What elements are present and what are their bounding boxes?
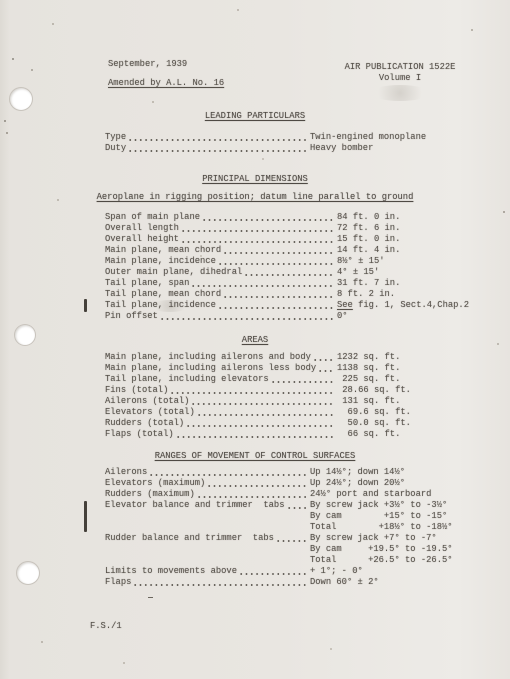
row-label: Main plane, including ailerons and body bbox=[105, 352, 311, 363]
volume-label: Volume I bbox=[320, 73, 480, 84]
publication-block: AIR PUBLICATION 1522E Volume I bbox=[320, 62, 480, 84]
spec-row: Ailerons Up 14½°; down 14½° bbox=[85, 467, 477, 478]
dot-leader bbox=[245, 267, 333, 278]
row-value: Total +26.5° to -26.5° bbox=[310, 555, 477, 566]
row-label: Duty bbox=[105, 143, 126, 154]
punch-hole bbox=[15, 325, 35, 345]
row-value: 84 ft. 0 in. bbox=[337, 212, 477, 223]
dot-leader bbox=[192, 278, 333, 289]
spec-row: Elevators (total) 69.6 sq. ft. bbox=[85, 407, 477, 418]
row-value: 131 sq. ft. bbox=[337, 396, 477, 407]
row-label: Pin offset bbox=[105, 311, 158, 322]
spec-row: Type Twin-engined monoplane bbox=[85, 132, 477, 143]
row-label: Tail plane, incidence bbox=[105, 300, 216, 311]
dot-leader bbox=[203, 212, 333, 223]
row-value: By screw jack +3½° to -3½° bbox=[310, 500, 477, 511]
row-value: By cam +15° to -15° bbox=[310, 511, 477, 522]
row-value: Up 24½°; down 20½° bbox=[310, 478, 477, 489]
row-value: 69.6 sq. ft. bbox=[337, 407, 477, 418]
spec-row: Tail plane, mean chord 8 ft. 2 in. bbox=[85, 289, 477, 300]
section-title-areas: AREAS bbox=[85, 335, 425, 346]
row-label: Elevator balance and trimmer tabs bbox=[105, 500, 285, 511]
spec-row: Fins (total) 28.66 sq. ft. bbox=[85, 385, 477, 396]
row-value: 72 ft. 6 in. bbox=[337, 223, 477, 234]
row-label: Tail plane, span bbox=[105, 278, 189, 289]
dot-leader bbox=[198, 407, 333, 418]
row-value: 24½° port and starboard bbox=[310, 489, 477, 500]
spec-row: Main plane, incidence 8½° ± 15' bbox=[85, 256, 477, 267]
spec-row: Overall length 72 ft. 6 in. bbox=[85, 223, 477, 234]
row-value: Heavy bomber bbox=[310, 143, 477, 154]
dot-leader bbox=[224, 289, 333, 300]
dot-leader bbox=[219, 256, 333, 267]
dot-leader bbox=[198, 489, 306, 500]
row-value: 31 ft. 7 in. bbox=[337, 278, 477, 289]
cross-reference-rest: fig. 1, Sect.4,Chap.2 bbox=[353, 300, 469, 310]
spec-row: Ailerons (total) 131 sq. ft. bbox=[85, 396, 477, 407]
row-value: By screw jack +7° to -7° bbox=[310, 533, 477, 544]
dot-leader bbox=[177, 429, 333, 440]
spec-row-continuation: By cam +19.5° to -19.5° bbox=[85, 544, 477, 555]
spec-row: Rudders (maximum) 24½° port and starboar… bbox=[85, 489, 477, 500]
row-value: + 1°; - 0° bbox=[310, 566, 477, 577]
row-value: 66 sq. ft. bbox=[337, 429, 477, 440]
spec-row: Main plane, including ailerons less body… bbox=[85, 363, 477, 374]
scanned-document-page: September, 1939 Amended by A.L. No. 16 A… bbox=[0, 0, 510, 679]
dot-leader bbox=[277, 533, 306, 544]
row-label: Rudder balance and trimmer tabs bbox=[105, 533, 274, 544]
row-value: 50.0 sq. ft. bbox=[337, 418, 477, 429]
row-label: Fins (total) bbox=[105, 385, 168, 396]
row-value: Down 60° ± 2° bbox=[310, 577, 477, 588]
row-value: 14 ft. 4 in. bbox=[337, 245, 477, 256]
section-principal-dimensions: Span of main plane 84 ft. 0 in. Overall … bbox=[85, 212, 477, 322]
row-label: Outer main plane, dihedral bbox=[105, 267, 242, 278]
punch-hole bbox=[17, 562, 39, 584]
dot-leader bbox=[182, 223, 333, 234]
page-footer-ref: F.S./1 bbox=[90, 621, 122, 632]
spec-row: Pin offset 0° bbox=[85, 311, 477, 322]
spec-row: Limits to movements above + 1°; - 0° bbox=[85, 566, 477, 577]
spec-row: Overall height 15 ft. 0 in. bbox=[85, 234, 477, 245]
section-title-principal-dimensions: PRINCIPAL DIMENSIONS bbox=[85, 174, 425, 185]
dot-leader bbox=[134, 577, 306, 588]
row-label: Tail plane, mean chord bbox=[105, 289, 221, 300]
spec-row: Flaps (total) 66 sq. ft. bbox=[85, 429, 477, 440]
dot-leader bbox=[129, 132, 306, 143]
row-label: Rudders (maximum) bbox=[105, 489, 195, 500]
dot-leader bbox=[161, 311, 333, 322]
row-label: Span of main plane bbox=[105, 212, 200, 223]
row-label: Ailerons (total) bbox=[105, 396, 189, 407]
spec-row: Duty Heavy bomber bbox=[85, 143, 477, 154]
row-value: Up 14½°; down 14½° bbox=[310, 467, 477, 478]
dot-leader bbox=[288, 500, 307, 511]
spec-row: Span of main plane 84 ft. 0 in. bbox=[85, 212, 477, 223]
row-value: 8½° ± 15' bbox=[337, 256, 477, 267]
row-label: Limits to movements above bbox=[105, 566, 237, 577]
cross-reference-see: See bbox=[337, 300, 353, 310]
amendment-note: Amended by A.L. No. 16 bbox=[108, 78, 224, 89]
dot-leader bbox=[224, 245, 333, 256]
spec-row-amended: Tail plane, incidence See fig. 1, Sect.4… bbox=[85, 300, 477, 311]
section-title-leading-particulars: LEADING PARTICULARS bbox=[85, 111, 425, 122]
row-value: Total +18½° to -18½° bbox=[310, 522, 477, 533]
row-value: See fig. 1, Sect.4,Chap.2 bbox=[337, 300, 477, 311]
dot-leader bbox=[272, 374, 333, 385]
dot-leader bbox=[187, 418, 333, 429]
spec-row-continuation: Total +26.5° to -26.5° bbox=[85, 555, 477, 566]
spec-row: Tail plane, span 31 ft. 7 in. bbox=[85, 278, 477, 289]
row-value: 1232 sq. ft. bbox=[337, 352, 477, 363]
row-value: 1138 sq. ft. bbox=[337, 363, 477, 374]
spec-row: Tail plane, including elevators 225 sq. … bbox=[85, 374, 477, 385]
punch-hole bbox=[10, 88, 32, 110]
row-value: 0° bbox=[337, 311, 477, 322]
row-label: Ailerons bbox=[105, 467, 147, 478]
row-label: Flaps bbox=[105, 577, 131, 588]
dot-leader bbox=[208, 478, 306, 489]
row-label: Main plane, including ailerons less body bbox=[105, 363, 316, 374]
publication-title: AIR PUBLICATION 1522E bbox=[320, 62, 480, 73]
row-label: Flaps (total) bbox=[105, 429, 174, 440]
dot-leader bbox=[314, 352, 333, 363]
spec-row-continuation: Total +18½° to -18½° bbox=[85, 522, 477, 533]
spec-row: Rudder balance and trimmer tabs By screw… bbox=[85, 533, 477, 544]
dot-leader bbox=[171, 385, 333, 396]
row-value: 225 sq. ft. bbox=[337, 374, 477, 385]
row-label: Main plane, mean chord bbox=[105, 245, 221, 256]
row-label: Rudders (total) bbox=[105, 418, 184, 429]
section-leading-particulars: Type Twin-engined monoplane Duty Heavy b… bbox=[85, 132, 477, 154]
row-label: Elevators (total) bbox=[105, 407, 195, 418]
row-value: By cam +19.5° to -19.5° bbox=[310, 544, 477, 555]
row-label: Elevators (maximum) bbox=[105, 478, 205, 489]
spec-row: Main plane, including ailerons and body … bbox=[85, 352, 477, 363]
pencil-dash-mark bbox=[148, 597, 153, 598]
row-value: 15 ft. 0 in. bbox=[337, 234, 477, 245]
dot-leader bbox=[192, 396, 333, 407]
row-value: 4° ± 15' bbox=[337, 267, 477, 278]
section-areas: Main plane, including ailerons and body … bbox=[85, 352, 477, 440]
spec-row: Main plane, mean chord 14 ft. 4 in. bbox=[85, 245, 477, 256]
spec-row: Rudders (total) 50.0 sq. ft. bbox=[85, 418, 477, 429]
spec-row: Flaps Down 60° ± 2° bbox=[85, 577, 477, 588]
dot-leader bbox=[240, 566, 306, 577]
spec-row: Elevators (maximum) Up 24½°; down 20½° bbox=[85, 478, 477, 489]
dot-leader bbox=[129, 143, 306, 154]
dot-leader bbox=[319, 363, 333, 374]
document-date: September, 1939 bbox=[108, 59, 187, 70]
paper-specks bbox=[0, 0, 2, 2]
dot-leader bbox=[219, 300, 333, 311]
spec-row-amended: Elevator balance and trimmer tabs By scr… bbox=[85, 500, 477, 511]
row-label: Type bbox=[105, 132, 126, 143]
row-label: Overall height bbox=[105, 234, 179, 245]
row-value: 8 ft. 2 in. bbox=[337, 289, 477, 300]
paper-smudge bbox=[370, 85, 430, 101]
section-subtitle-rigging-position: Aeroplane in rigging position; datum lin… bbox=[85, 192, 425, 203]
row-value: 28.66 sq. ft. bbox=[337, 385, 477, 396]
section-ranges-of-movement: Ailerons Up 14½°; down 14½° Elevators (m… bbox=[85, 467, 477, 588]
dot-leader bbox=[182, 234, 333, 245]
row-label: Main plane, incidence bbox=[105, 256, 216, 267]
spec-row-continuation: By cam +15° to -15° bbox=[85, 511, 477, 522]
dot-leader bbox=[150, 467, 306, 478]
spec-row: Outer main plane, dihedral 4° ± 15' bbox=[85, 267, 477, 278]
section-title-ranges-of-movement: RANGES OF MOVEMENT OF CONTROL SURFACES bbox=[85, 451, 425, 462]
row-label: Tail plane, including elevators bbox=[105, 374, 269, 385]
row-label: Overall length bbox=[105, 223, 179, 234]
row-value: Twin-engined monoplane bbox=[310, 132, 477, 143]
